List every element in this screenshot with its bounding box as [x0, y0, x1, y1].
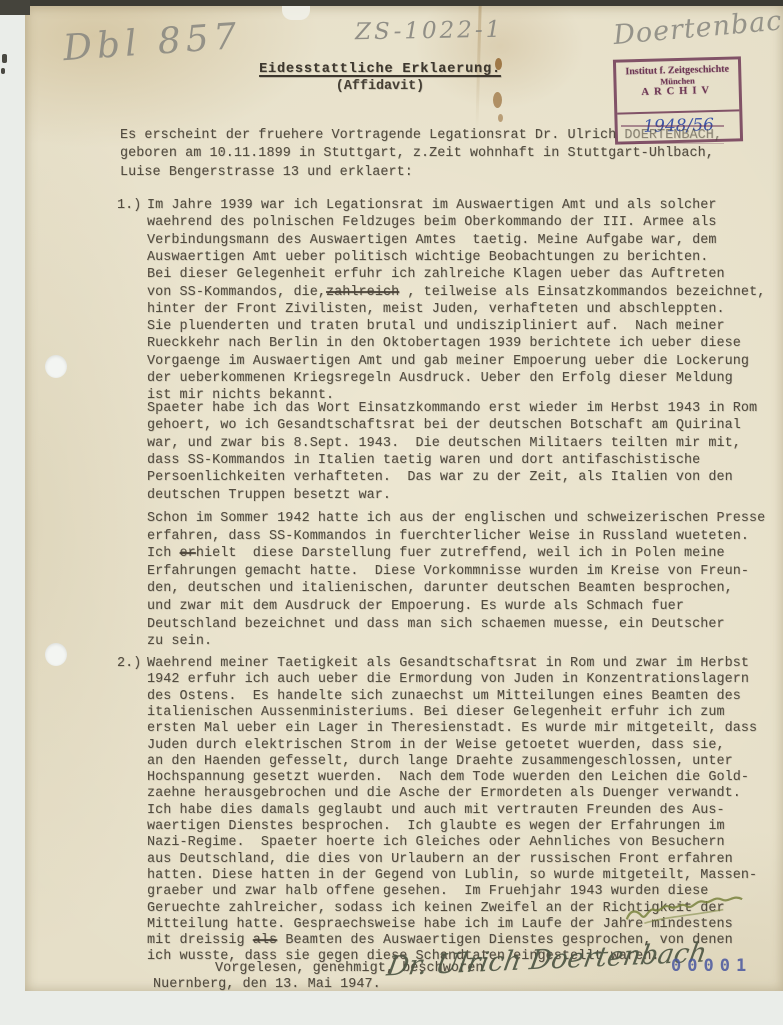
- typed-line: gehoert, wo ich Gesandtschaftsrat bei de…: [147, 418, 741, 433]
- typed-line: zu sein.: [147, 634, 212, 649]
- typed-line: Vorgaenge im Auswaertigen Amt und gab me…: [147, 354, 749, 369]
- typed-line: Rueckkehr nach Berlin in den Oktobertage…: [147, 336, 741, 351]
- paper-stain: [493, 92, 502, 108]
- scan-speck: [2, 54, 7, 63]
- typed-line: des Ostens. Es handelte sich zunaechst u…: [147, 689, 741, 704]
- typed-line: ersten Mal ueber ein Lager in Theresiens…: [147, 721, 757, 736]
- typed-line: Persoenlichkeiten verhafteten. Das war z…: [147, 470, 733, 485]
- typed-line: waertigen Dienstes besprochen. Ich glaub…: [147, 819, 725, 834]
- typed-line: 1942 erfuhr ich auch ueber die Ermordung…: [147, 672, 749, 687]
- typed-line: Hochspannung gesetzt wuerden. Nach dem T…: [147, 770, 749, 785]
- typed-line: von SS-Kommandos, die,zahlreich , teilwe…: [147, 285, 765, 300]
- typed-line: Nazi-Regime. Spaeter hoerte ich Gleiches…: [147, 835, 725, 850]
- punch-hole: [45, 355, 67, 378]
- typed-line: Schon im Sommer 1942 hatte ich aus der e…: [147, 511, 765, 526]
- struck-text: er: [180, 546, 196, 561]
- typed-line: Spaeter habe ich das Wort Einsatzkommand…: [147, 401, 757, 416]
- typed-line: Es erscheint der fruehere Vortragende Le…: [120, 128, 722, 143]
- typed-line: Verbindungsmann des Auswaertigen Amtes t…: [147, 233, 717, 248]
- typed-line: Luise Bengerstrasse 13 und erklaert:: [120, 165, 413, 180]
- document-page: Dbl 857 ZS-1022-1 Doertenbach Institut f…: [25, 6, 783, 991]
- typed-line: deutschen Truppen besetzt war.: [147, 488, 391, 503]
- stamp-archiv-line: ARCHIV: [617, 84, 739, 98]
- handwritten-number-note: Dbl 857: [62, 16, 243, 69]
- paper-stain: [498, 114, 503, 122]
- section-label: 2.): [117, 656, 141, 671]
- struck-text: zahlreich: [326, 285, 399, 300]
- scan-edge-corner: [0, 0, 30, 15]
- typed-line: war, und zwar bis 8.Sept. 1943. Die deut…: [147, 436, 741, 451]
- typed-line: erfahren, dass SS-Kommandos in fuerchter…: [147, 529, 749, 544]
- stamp-marked-text: DOERTENBACH,: [624, 128, 722, 143]
- typed-line: Waehrend meiner Taetigkeit als Gesandtsc…: [147, 656, 749, 671]
- handwritten-name-note: Doertenbach: [612, 4, 783, 51]
- handwritten-archive-ref: ZS-1022-1: [355, 17, 504, 46]
- typed-line: zaehne herausgebrochen und die Asche der…: [147, 786, 741, 801]
- typed-line: Sie pluenderten und traten brutal und un…: [147, 319, 725, 334]
- typed-line: dass SS-Kommandos in Italien taetig ware…: [147, 453, 700, 468]
- typed-line: aus Deutschland, die dies von Urlaubern …: [147, 852, 733, 867]
- typed-line: hinter der Front Zivilisten, meist Juden…: [147, 302, 725, 317]
- typed-line: geboren am 10.11.1899 in Stuttgart, z.Ze…: [120, 146, 714, 161]
- typed-line: Nuernberg, den 13. Mai 1947.: [153, 977, 381, 992]
- typed-line: Auswaertigen Amt ueber politisch wichtig…: [147, 250, 708, 265]
- typed-line: Bei dieser Gelegenheit erfuhr ich zahlre…: [147, 267, 725, 282]
- archive-stamp-header: Institut f. Zeitgeschichte München ARCHI…: [616, 59, 739, 114]
- section-label: 1.): [117, 198, 141, 213]
- scan-speck: [1, 68, 5, 74]
- typed-line: Erfahrungen gemacht hatte. Diese Vorkomm…: [147, 564, 749, 579]
- typed-line: Ich erhielt diese Darstellung fuer zutre…: [147, 546, 725, 561]
- typed-line: Juden durch elektrischen Strom in der We…: [147, 738, 725, 753]
- document-title: Eidesstattliche Erklaerung.: [235, 62, 525, 77]
- typed-line: den, deutschen und italienischen, darunt…: [147, 581, 733, 596]
- page-number-stamp: 00001: [671, 956, 752, 976]
- typed-line: Ich habe dies damals geglaubt und auch m…: [147, 803, 725, 818]
- typed-line: waehrend des polnischen Feldzuges beim O…: [147, 215, 717, 230]
- punch-hole: [45, 643, 67, 666]
- paper-tear: [282, 6, 310, 20]
- struck-text: als: [253, 933, 277, 948]
- typed-line: Deutschland bezeichnet und dass man sich…: [147, 617, 725, 632]
- typed-line: der ueberkommenen Kriegsregeln Ausdruck.…: [147, 371, 733, 386]
- document-subtitle: (Affidavit): [235, 79, 525, 94]
- typed-line: graeber und zwar halb offene gesehen. Im…: [147, 884, 708, 899]
- typed-line: italienischen Aussenministeriums. Bei di…: [147, 705, 725, 720]
- typed-line: Im Jahre 1939 war ich Legationsrat im Au…: [147, 198, 717, 213]
- typed-line: und zwar mit dem Ausdruck der Empoerung.…: [147, 599, 684, 614]
- typed-line: an den Haenden gefesselt, durch lange Dr…: [147, 754, 733, 769]
- typed-line: hatten. Diese hatten in der Gegend von L…: [147, 868, 757, 883]
- scanned-affidavit: { "document": { "title": "Eidesstattlich…: [0, 0, 783, 1025]
